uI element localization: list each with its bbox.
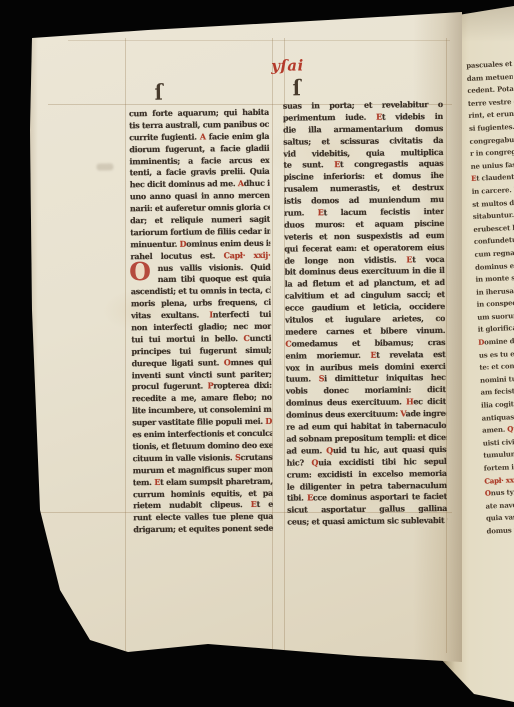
text-segment: ec dicit (413, 396, 446, 406)
text-segment: amen. (482, 425, 508, 435)
text-segment: nterfecti tui (213, 309, 271, 320)
text-segment: la ad fletum et ad planctum, et ad (285, 277, 445, 289)
text-segment: cce dominus asportari te faciet (313, 491, 447, 502)
text-segment: in carcere. Et po (472, 184, 514, 196)
text-segment: antiquas fideles (481, 411, 514, 423)
text-segment: rietem nudabit clipeus. (133, 499, 251, 510)
text-segment: imminentis; a facie arcus ex (129, 154, 269, 165)
text-line: fortem in ruina (484, 461, 514, 476)
text-segment: ade ingrede (405, 408, 447, 419)
text-segment: t revelata est (376, 349, 445, 360)
text-segment: murum et magnificus super mon (133, 463, 273, 474)
text-segment: vobis donec moriamini: dicit (286, 384, 446, 396)
text-segment: i dimittetur iniquitas hec (324, 372, 446, 383)
text-segment: moris plena, urbs frequens, ci (131, 297, 271, 308)
text-segment: currite fugienti. (129, 131, 200, 142)
text-line: amen. Quia pos (482, 423, 514, 438)
photo-background: pascuales et ibdam metuent scedent. Pota… (0, 0, 514, 707)
running-title: yſai (263, 56, 311, 75)
text-line: te: et confitebor (479, 360, 514, 375)
text-line: drigarum; et equites ponent sedes (133, 523, 273, 536)
text-segment: dominus exercituu (475, 259, 514, 271)
text-segment: cum forte aquarum; qui habita (129, 107, 269, 118)
text-segment: tibi. (287, 493, 307, 503)
text-segment: in iherusalem: e (476, 285, 514, 297)
text-segment: ominus enim deus is (186, 238, 273, 249)
text-segment: t lacum fecistis inter (324, 206, 445, 217)
text-segment: currum hominis equitis, et pa (133, 487, 273, 498)
next-page-text-edge: pascuales et ibdam metuent scedent. Pota… (466, 58, 514, 538)
text-segment: nomini tuo quoni (480, 373, 514, 385)
text-segment: dominus deus exercituum: (286, 409, 400, 420)
text-segment: rint, et erunt q (468, 109, 514, 120)
text-segment: quia vastata es (486, 512, 514, 523)
text-segment: ad eum. (286, 445, 326, 455)
text-segment: cedent. Potamin (467, 84, 513, 96)
text-segment: erubescet luna e (473, 222, 514, 234)
text-segment: rusalem numerastis, et destrux (284, 182, 444, 194)
text-line: cum regnaverit (474, 247, 514, 262)
text-segment: re ad eum qui habitat in tabernaculo (286, 420, 446, 432)
text-segment: ilia cogitatione (481, 398, 514, 409)
text-segment: uno anno quasi in anno mercen (130, 190, 270, 201)
text-segment: t elam sumpsit pharetram, (160, 475, 273, 486)
text-segment: nam tibi quoque est quia (158, 273, 271, 284)
text-segment: minuentur. (130, 239, 179, 250)
text-segment: sicut asportatur gallus gallina (287, 503, 447, 515)
rubric-segment: Capł· xxij· (224, 249, 271, 259)
text-line: Domine deus me (478, 335, 514, 350)
text-segment: st multos dies vi (472, 197, 514, 209)
text-segment: i (272, 416, 273, 426)
text-segment: uid tu hic, aut quasi quis (333, 444, 447, 455)
text-segment: tumulum: urbe (483, 449, 514, 460)
text-segment: istis domos ad muniendum mu (284, 194, 444, 206)
text-segment: tenti, a facie gravis prelii. Quia (130, 166, 270, 177)
text-segment: es enim interfectionis et conculca (132, 428, 273, 439)
text-segment: in monte syon e (475, 272, 514, 284)
text-segment: r in congregatio (470, 146, 514, 158)
text-segment: cituum in valle visionis. (132, 452, 235, 463)
text-segment: confundetur so (474, 235, 514, 246)
text-segment: congregabunt (469, 134, 514, 145)
text-segment: principes tui fugerunt simul; (131, 345, 271, 356)
text-segment: ne unius fascis (470, 159, 514, 170)
text-line: Onus tyri. Ulul (485, 486, 514, 501)
text-segment: recedite a me, amare flebo; no (132, 392, 272, 403)
text-segment: inventi sunt vincti sunt pariter; (132, 368, 272, 379)
text-segment: hic? (287, 457, 312, 467)
text-segment: si fugientes. (469, 122, 514, 133)
text-segment: ropterea dixi: (213, 380, 272, 391)
text-segment: in conspectu sen (476, 297, 514, 309)
text-segment: duos muros: et aquam piscine (284, 218, 444, 230)
text-segment: procul fugerunt. (132, 381, 208, 392)
text-segment: crutans (240, 452, 272, 462)
text-segment: t videbis in (382, 111, 443, 122)
ascender-flourish-icon: ſ (293, 78, 301, 100)
text-segment: dureque ligati sunt. (131, 357, 223, 368)
text-segment: tariorum fortium de filiis cedar im (130, 226, 273, 238)
text-segment: terre vestre qu (468, 96, 514, 107)
text-segment: nus vallis visionis. Quid (157, 261, 270, 272)
text-segment: ate naves mari (485, 499, 514, 510)
text-segment: us es tu exaltab (479, 348, 514, 360)
text-segment: lite incumbere, ut consolemini me (132, 404, 273, 416)
text-segment: runt electe valles tue plene qua (133, 511, 273, 522)
text-segment: uia excidisti tibi hic sepul (318, 456, 447, 467)
text-segment: super vastitate filie populi mei. (132, 416, 265, 427)
text-segment: dhuc in (244, 178, 274, 188)
text-segment: rum. (284, 207, 318, 217)
margin-smudge (96, 163, 113, 170)
text-segment: t claudentur ib (476, 172, 514, 183)
text-line: tumulum: urbe (483, 448, 514, 463)
text-segment: saltus; et scissuras civitatis da (283, 135, 443, 147)
text-segment: tui tui mortui in bello. (131, 333, 243, 344)
text-segment: am fecisti mirab (480, 385, 514, 397)
manuscript-page: yſai ſ ſ cum forte aquarum; qui habitati… (28, 10, 462, 662)
text-segment: omine deus me (484, 335, 514, 346)
text-segment: um suorum fuer (477, 310, 514, 322)
text-segment: piscine inferioris: et domus ihe (284, 170, 444, 182)
text-segment: diorum fugerunt, a facie gladii (129, 142, 269, 153)
text-line: ceus; et quasi amictum sic sublevabit te (287, 515, 447, 529)
text-line: ilia cogitatione (481, 398, 514, 413)
text-segment: qui fecerat eam: et operatorem eius (284, 242, 444, 254)
text-segment: sitabuntur. (473, 210, 514, 221)
text-segment: die illa armamentarium domus (283, 123, 443, 135)
text-segment: vox in auribus meis domini exerci (286, 361, 446, 373)
text-segment: cum regnaverit (474, 247, 514, 258)
text-segment: uncti (249, 333, 271, 343)
text-line: domus unde ven (486, 524, 514, 539)
text-segment: te sunt. (283, 160, 334, 171)
text-line: ate naves mari (485, 498, 514, 513)
text-segment: crum: excidisti in excelso memoria (287, 468, 447, 480)
text-segment: dominus deus exercituum. (286, 397, 406, 408)
text-segment: vitas exultans. (131, 310, 209, 321)
text-segment: suas in porta; et revelabitur o (283, 99, 443, 111)
text-segment: t congregastis aquas (340, 158, 444, 169)
text-segment: ecce gaudium et leticia, occidere (285, 301, 445, 313)
text-segment: pascuales et ib (466, 59, 512, 70)
text-segment: perimentum iude. (283, 112, 376, 123)
text-segment: ceus; et quasi amictum sic sublevabit te (287, 515, 447, 527)
text-block: yſai ſ ſ cum forte aquarum; qui habitati… (25, 8, 466, 665)
text-line: Capł· xxiij· (484, 473, 514, 488)
rubric-segment: Capł· xxiij· (484, 475, 514, 486)
text-segment: calvitium et ad cingulum sacci; et (285, 289, 445, 301)
text-segment: enim moriemur. (285, 349, 370, 360)
text-segment: te: et confitebor (479, 360, 514, 372)
left-text-column: cum forte aquarum; qui habitatis terra a… (129, 107, 273, 538)
text-segment: ascendisti; et tu omnis in tecta, cla (131, 285, 274, 297)
text-segment: vitulos et iugulare arietes, co (285, 313, 445, 325)
text-line: in monte syon e (475, 272, 514, 287)
text-segment: narii: et auferetur omnis gloria ce (130, 202, 273, 213)
text-segment: mnes qui (230, 356, 271, 366)
text-segment: domus unde ven (486, 524, 514, 536)
text-segment: dam metuent s (467, 71, 513, 82)
text-segment: t e (256, 499, 273, 509)
right-text-column: suas in porta; et revelabitur operimentu… (283, 99, 448, 533)
text-segment: le diligenter in petra tabernaculum (287, 479, 447, 491)
text-segment: de longe non vidistis. (284, 254, 406, 265)
drop-cap-initial-o: O (126, 260, 153, 284)
text-segment: fortem in ruina (484, 461, 514, 472)
text-line: uisti civitatem i (482, 435, 514, 450)
text-segment: nus tyri. Ulul (491, 486, 514, 497)
text-segment: tuum. (286, 374, 319, 384)
text-segment: tionis, et fletuum domino deo exer (132, 440, 273, 452)
text-segment: facie enim gla (206, 131, 270, 142)
text-segment: uisti civitatem i (483, 436, 514, 448)
text-line: in carcere. Et po (471, 184, 514, 199)
text-segment: omedamus et bibamus; cras (291, 337, 445, 349)
text-segment: ad sobnam prepositum templi: et dices (286, 432, 447, 444)
text-segment: t voca (412, 254, 444, 264)
ascender-flourish-icon: ſ (155, 82, 163, 104)
text-segment: tem. (133, 477, 155, 487)
text-segment: vid videbitis, quia multiplica (283, 147, 443, 159)
text-segment: dar; et reliquie numeri sagit (130, 214, 270, 225)
text-segment: non interfecti gladio; nec mor (131, 321, 271, 332)
text-segment: it glorificatus. (478, 323, 514, 334)
text-line: quia vastata es (486, 511, 514, 526)
text-segment: hec dicit dominus ad me. (130, 178, 238, 189)
text-segment: bit dominus deus exercituum in die il (285, 265, 445, 277)
text-segment: drigarum; et equites ponent sedes (133, 523, 273, 535)
text-segment: veteris et non suspexistis ad eum (284, 230, 444, 242)
text-segment: tis terra australi, cum panibus oc (129, 119, 269, 130)
text-segment: medere carnes et bibere vinum. (285, 325, 445, 337)
